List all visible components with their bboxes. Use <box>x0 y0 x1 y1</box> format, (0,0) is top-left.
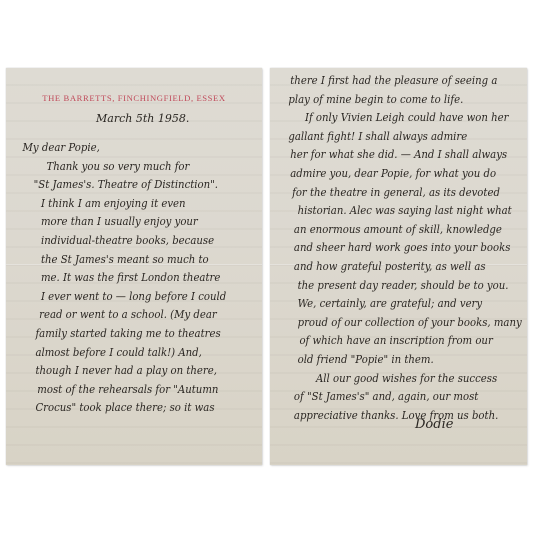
handwritten-line: "St James's. Theatre of Distinction". <box>6 176 242 195</box>
handwritten-line: read or went to a school. (My dear <box>6 306 242 325</box>
handwritten-line: there I first had the pleasure of seeing… <box>270 72 506 91</box>
handwritten-line: most of the rehearsals for "Autumn <box>6 381 242 400</box>
handwritten-line: I ever went to — long before I could <box>6 288 242 307</box>
handwritten-line: for the theatre in general, as its devot… <box>270 184 506 203</box>
handwritten-line: Thank you so very much for <box>6 158 242 177</box>
signature: Dodie <box>415 416 453 435</box>
handwritten-line: me. It was the first London theatre <box>6 269 242 288</box>
handwritten-line: My dear Popie, <box>6 139 242 158</box>
letterhead: THE BARRETTS, FINCHINGFIELD, ESSEX <box>6 93 262 103</box>
handwritten-line: play of mine begin to come to life. <box>270 91 506 110</box>
handwritten-line: proud of our collection of your books, m… <box>270 314 506 333</box>
handwritten-line: though I never had a play on there, <box>6 362 242 381</box>
handwritten-line: Crocus" took place there; so it was <box>6 399 242 418</box>
letter-page-1: THE BARRETTS, FINCHINGFIELD, ESSEX March… <box>6 68 262 465</box>
handwritten-line: gallant fight! I shall always admire <box>270 128 506 147</box>
handwritten-line: and how grateful posterity, as well as <box>270 258 506 277</box>
handwritten-line: her for what she did. — And I shall alwa… <box>270 146 506 165</box>
handwritten-line: admire you, dear Popie, for what you do <box>270 165 506 184</box>
handwritten-line: family started taking me to theatres <box>6 325 242 344</box>
letter-display: THE BARRETTS, FINCHINGFIELD, ESSEX March… <box>0 0 533 533</box>
handwritten-line: the present day reader, should be to you… <box>270 277 506 296</box>
handwritten-line: an enormous amount of skill, knowledge <box>270 221 506 240</box>
handwritten-line: historian. Alec was saying last night wh… <box>270 202 506 221</box>
handwritten-line: of which have an inscription from our <box>270 332 506 351</box>
handwritten-line: the St James's meant so much to <box>6 251 242 270</box>
handwritten-line: more than I usually enjoy your <box>6 213 242 232</box>
letter-date: March 5th 1958. <box>96 110 189 129</box>
handwritten-line: I think I am enjoying it even <box>6 195 242 214</box>
letter-body-page-1: My dear Popie,Thank you so very much for… <box>6 139 262 418</box>
handwritten-line: If only Vivien Leigh could have won her <box>270 109 506 128</box>
handwritten-line: appreciative thanks. Love from us both. <box>270 407 506 426</box>
letter-body-page-2: there I first had the pleasure of seeing… <box>270 72 527 425</box>
handwritten-line: All our good wishes for the success <box>270 370 506 389</box>
handwritten-line: and sheer hard work goes into your books <box>270 239 506 258</box>
letter-page-2: there I first had the pleasure of seeing… <box>270 68 527 465</box>
handwritten-line: almost before I could talk!) And, <box>6 344 242 363</box>
handwritten-line: old friend "Popie" in them. <box>270 351 506 370</box>
handwritten-line: We, certainly, are grateful; and very <box>270 295 506 314</box>
handwritten-line: of "St James's" and, again, our most <box>270 388 506 407</box>
handwritten-line: individual-theatre books, because <box>6 232 242 251</box>
